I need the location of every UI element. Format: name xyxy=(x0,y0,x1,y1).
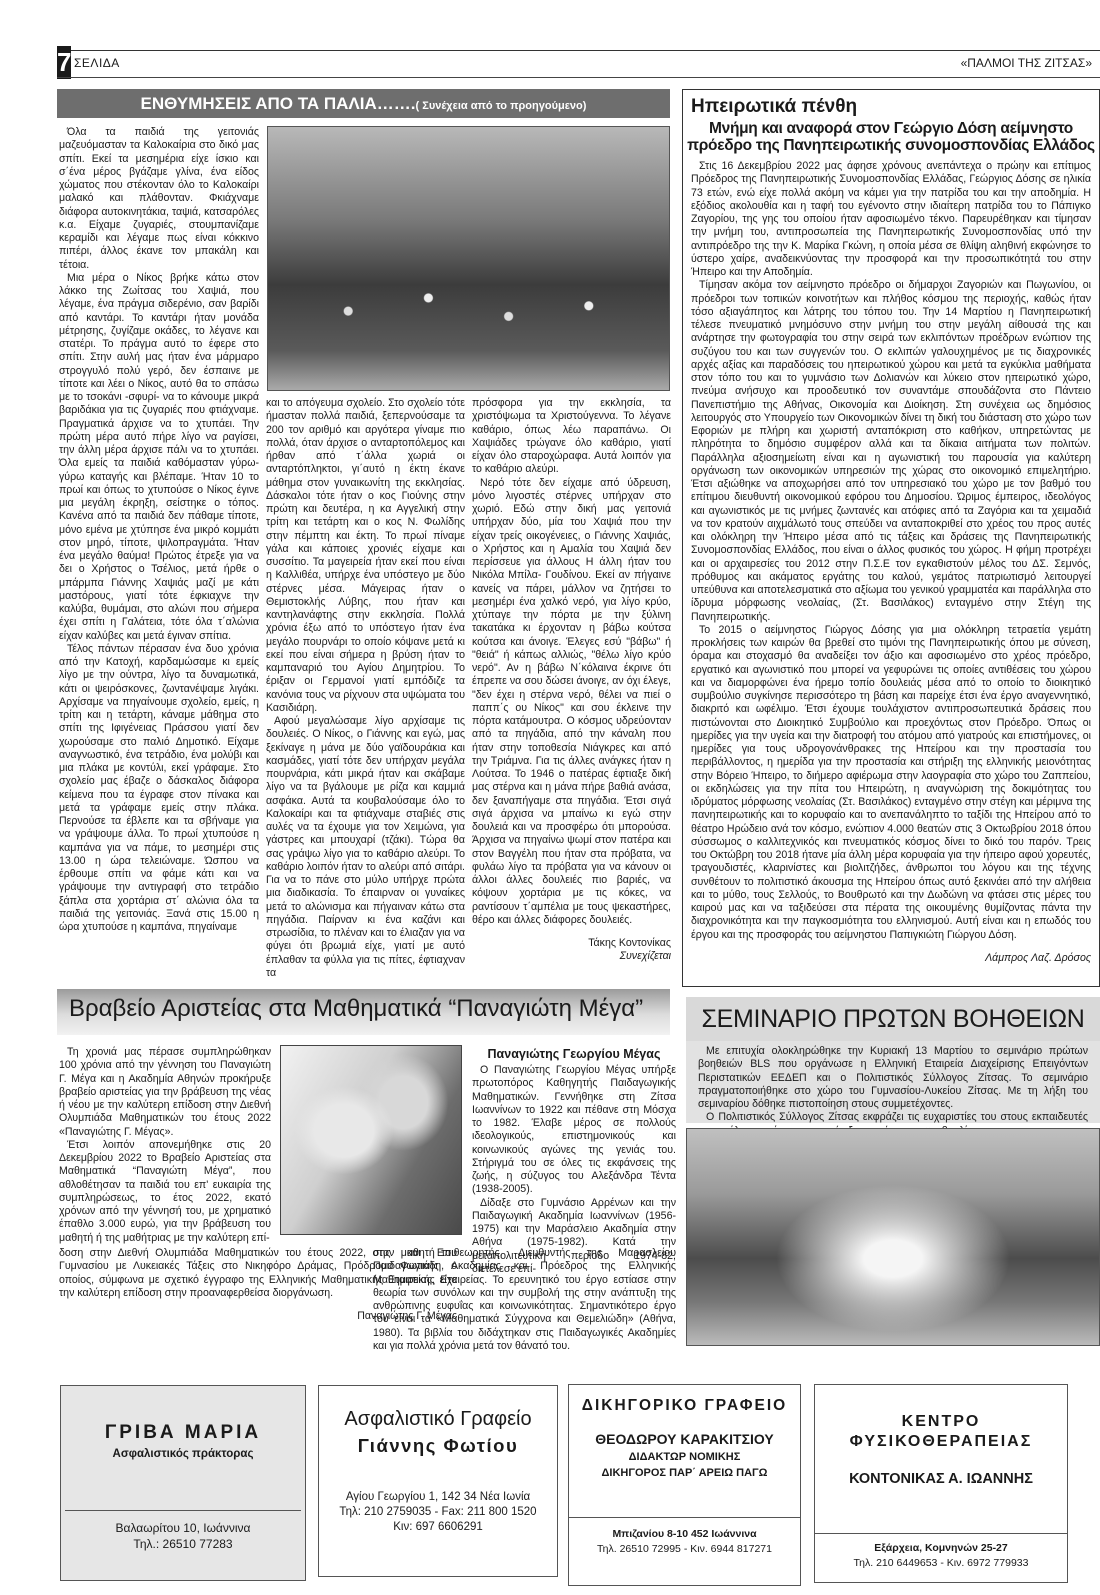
memories-column-2: και το απόγευμα σχολείο. Στο σχολείο τότ… xyxy=(266,397,465,980)
ad-physio-line-1: ΚΕΝΤΡΟ xyxy=(815,1413,1067,1431)
ad-griva-name: ΓΡΙΒΑ ΜΑΡΙΑ xyxy=(61,1422,305,1444)
school-children-photo xyxy=(267,126,670,391)
seminar-title: ΣΕΜΙΝΑΡΙΟ ΠΡΩΤΩΝ ΒΟΗΘΕΙΩΝ xyxy=(701,1005,1084,1033)
ad-physio-divider xyxy=(815,1533,1067,1534)
seminar-body: Με επιτυχία ολοκληρώθηκε την Κυριακή 13 … xyxy=(686,1041,1100,1123)
award-title: Βραβείο Αριστείας στα Μαθηματικά “Παναγι… xyxy=(69,995,643,1022)
memories-title-note: ( Συνέχεια από το προηγούμενο) xyxy=(416,100,587,112)
page-label: ΣΕΛΙΔΑ xyxy=(74,56,120,70)
obituary-box: Ηπειρωτικά πένθη Μνήμη και αναφορά στον … xyxy=(682,89,1100,987)
ad-law-title-1: ΔΙΔΑΚΤΩΡ ΝΟΜΙΚΗΣ xyxy=(569,1451,800,1463)
ad-fotiou-office: Ασφαλιστικό Γραφείο xyxy=(319,1408,557,1431)
ad-physio-address: Εξάρχεια, Κομνηνών 25-27 xyxy=(815,1542,1067,1554)
obituary-headline: Μνήμη και αναφορά στον Γεώργιο Δόση αείμ… xyxy=(683,120,1099,154)
ad-giannis-fotiou: Ασφαλιστικό Γραφείο Γιάννης Φωτίου Αγίου… xyxy=(318,1385,558,1577)
memories-continued: Συνεχίζεται xyxy=(472,950,671,963)
bio-section: Παναγιώτης Γεωργίου Μέγας Ο Παναγιώτης Γ… xyxy=(472,1047,676,1276)
award-column-1: Τη χρονιά μας πέρασε συμπληρώθηκαν 100 χ… xyxy=(59,1046,271,1245)
ad-fotiou-name: Γιάννης Φωτίου xyxy=(319,1435,557,1457)
ad-physio-phone: Τηλ. 210 6449653 - Κιν. 6972 779933 xyxy=(815,1557,1067,1569)
memories-title: ΕΝΘΥΜΗΣΕΙΣ ΑΠΟ ΤΑ ΠΑΛΙΑ……. xyxy=(141,94,416,113)
ad-law-heading: ΔΙΚΗΓΟΡΙΚΟ ΓΡΑΦΕΙΟ xyxy=(569,1397,800,1415)
ad-griva-phone: Τηλ.: 26510 77283 xyxy=(61,1537,305,1551)
ad-physio-line-2: ΦΥΣΙΚΟΘΕΡΑΠΕΙΑΣ xyxy=(815,1433,1067,1451)
page-number: 7 xyxy=(57,46,71,79)
ad-griva-address: Βαλαωρίτου 10, Ιωάννινα xyxy=(61,1521,305,1535)
ad-law-divider xyxy=(569,1517,800,1518)
award-banner: Βραβείο Αριστείας στα Μαθηματικά “Παναγι… xyxy=(57,989,670,1035)
obituary-section-title: Ηπειρωτικά πένθη xyxy=(683,90,1099,118)
bio-title: Παναγιώτης Γεωργίου Μέγας xyxy=(472,1047,676,1061)
seminar-participants-photo xyxy=(686,1128,1100,1346)
ad-griva-role: Ασφαλιστικός πράκτορας xyxy=(61,1448,305,1460)
header-top-rule xyxy=(57,50,1100,51)
portrait-couple-photo xyxy=(280,1045,462,1235)
ad-law-title-2: ΔΙΚΗΓΟΡΟΣ ΠΑΡ΄ ΑΡΕΙΩ ΠΑΓΩ xyxy=(569,1467,800,1479)
ad-physiotherapy: ΚΕΝΤΡΟ ΦΥΣΙΚΟΘΕΡΑΠΕΙΑΣ ΚΟΝΤΟΝΙΚΑΣ Α. ΙΩΑ… xyxy=(814,1384,1068,1583)
memories-column-1: Όλα τα παιδιά της γειτονιάς μαζευόμασταν… xyxy=(59,126,259,934)
ad-law-name: ΘΕΟΔΩΡΟΥ ΚΑΡΑΚΙΤΣΙΟΥ xyxy=(569,1431,800,1447)
obituary-body: Στις 16 Δεκεμβρίου 2022 μας άφησε χρόνου… xyxy=(683,154,1099,965)
seminar-banner: ΣΕΜΙΝΑΡΙΟ ΠΡΩΤΩΝ ΒΟΗΘΕΙΩΝ xyxy=(686,997,1100,1041)
memories-column-3: πρόσφορα για την εκκλησία, τα χριστόψωμα… xyxy=(472,397,671,964)
newspaper-name: «ΠΑΛΜΟΙ ΤΗΣ ΖΙΤΣΑΣ» xyxy=(961,56,1092,70)
ad-griva-divider xyxy=(65,1510,301,1511)
ad-law-phone: Τηλ. 26510 72995 - Κιν. 6944 817271 xyxy=(569,1543,800,1555)
bio-body: Ο Παναγιώτης Γεωργίου Μέγας υπήρξε πρωτο… xyxy=(472,1064,676,1276)
ad-law-office: ΔΙΚΗΓΟΡΙΚΟ ΓΡΑΦΕΙΟ ΘΕΟΔΩΡΟΥ ΚΑΡΑΚΙΤΣΙΟΥ … xyxy=(568,1384,801,1586)
ad-fotiou-mobile: Κιν: 697 6606291 xyxy=(319,1521,557,1533)
header-bottom-rule xyxy=(57,77,1100,78)
bio-body-wide: σης και Επιθεωρητής, Διευθυντής της Μαρα… xyxy=(373,1247,676,1353)
ad-griva-maria: ΓΡΙΒΑ ΜΑΡΙΑ Ασφαλιστικός πράκτορας Βαλαω… xyxy=(60,1385,306,1581)
ad-fotiou-phone: Τηλ: 210 2759035 - Fax: 211 800 1520 xyxy=(319,1506,557,1518)
ad-fotiou-address: Αγίου Γεωργίου 1, 142 34 Νέα Ιωνία xyxy=(319,1491,557,1503)
ad-law-address: Μπιζανίου 8-10 452 Ιωάννινα xyxy=(569,1528,800,1540)
ad-physio-name: ΚΟΝΤΟΝΙΚΑΣ Α. ΙΩΑΝΝΗΣ xyxy=(815,1471,1067,1487)
obituary-author: Λάμπρος Λαζ. Δρόσος xyxy=(691,952,1091,965)
memories-author: Τάκης Κοντονίκας xyxy=(472,937,671,950)
memories-banner: ΕΝΘΥΜΗΣΕΙΣ ΑΠΟ ΤΑ ΠΑΛΙΑ…….( Συνέχεια από… xyxy=(57,89,670,118)
